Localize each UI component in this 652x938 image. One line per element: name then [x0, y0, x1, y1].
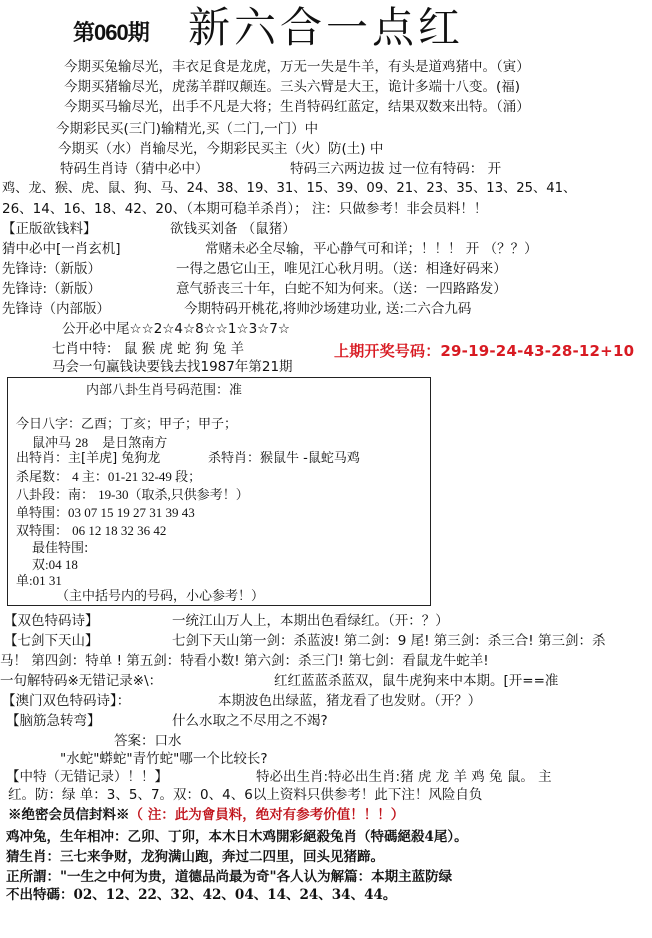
snake-question: "水蛇"蟒蛇"青竹蛇"哪一个比较长? — [60, 750, 268, 768]
xianfeng-3-label: 先锋诗（内部版） — [2, 300, 110, 318]
shuang-label: 双特围： — [16, 524, 68, 539]
dan-label: 单特围： — [16, 506, 68, 521]
number-list-line-2: 26、14、16、18、42、20、（本期可稳羊杀肖）； 注：只做参考！非会员料… — [2, 200, 487, 218]
buchu-line: 不出特碼：02、12、22、32、42、04、14、24、34、44。 — [6, 886, 396, 904]
member-label: ※绝密会员信封料※ — [8, 807, 130, 823]
shuangse-label: 【双色特码诗】 — [4, 612, 99, 630]
xianfeng-1-text: 一得之愚它山王，唯见江心秋月明。（送：相逢好码来） — [176, 260, 507, 278]
shuangse-text: 一统江山万人上，本期出色看绿红。（开：？） — [172, 612, 449, 630]
weishu-line: 杀尾数： 4 主：01-21 32-49 段； — [16, 468, 201, 487]
intro-line-2: 今期买猪输尽光，虎荡羊群叹颠连。三头六臂是大王，诡计多端十八变。(福) — [64, 78, 520, 96]
bagua-box-title: 内部八卦生肖号码范围：准 — [86, 382, 242, 400]
bazi-line: 今日八字：乙酉；丁亥；甲子；甲子； — [16, 416, 237, 434]
naojin-answer: 答案：口水 — [114, 732, 182, 750]
number-list-line-1: 鸡、龙、猴、虎、鼠、狗、马、24、38、19、31、15、39、09、21、23… — [2, 180, 576, 198]
last-draw-numbers: 29-19-24-43-28-12+10 — [440, 342, 634, 360]
last-draw-result: 上期开奖号码：29-19-24-43-28-12+10 — [334, 340, 634, 361]
naojin-question: 什么水取之不尽用之不竭? — [172, 712, 328, 730]
best-dan: 单:01 31 — [16, 572, 62, 590]
zhongte-label: 【中特（无错记录）！！】 — [6, 768, 168, 786]
poem-header-left: 特码生肖诗（猜中必中） — [60, 160, 209, 178]
poem-header-right: 特码三六两边拔 过一位有特码： 开 — [290, 160, 501, 178]
yiju-label: 一句解特码※无错记录※\： — [0, 672, 162, 690]
xianfeng-2-label: 先锋诗:（新版） — [2, 280, 101, 298]
bagua-segment-value: 19-30（取杀,只供参考！） — [98, 487, 249, 502]
mahui-line: 马会一句赢钱诀要钱去找1987年第21期 — [52, 358, 293, 376]
zhongte-line-1: 特必出生肖:特必出生肖:猪 虎 龙 羊 鸡 兔 鼠。 主 — [256, 768, 552, 786]
dan-line: 单特围：03 07 15 19 27 31 39 43 — [16, 504, 195, 523]
intro-line-3: 今期买马输尽光，出手不凡是大将；生肖特码红蓝定，结果双数来出特。（涌） — [64, 98, 530, 116]
chong-direction: 是日煞南方 — [102, 436, 167, 451]
shate-line: 杀特肖：猴鼠牛 -鼠蛇马鸡 — [208, 450, 360, 468]
qijian-label: 【七剑下天山】 — [4, 632, 99, 650]
chute-label: 出特肖： — [16, 451, 68, 466]
chong-number: 28 — [75, 435, 88, 450]
bagua-segment-line: 八卦段：南： 19-30（取杀,只供参考！） — [16, 486, 249, 505]
member-note: （ 注：此为會員料，绝对有参考价值！！！） — [130, 807, 405, 823]
intro-line-1: 今期买兔输尽光，丰衣足食是龙虎，万无一失是牛羊，有头是道鸡猪中。（寅） — [64, 58, 530, 76]
bagua-box: 内部八卦生肖号码范围：准 今日八字：乙酉；丁亥；甲子；甲子； 鼠冲马 28 是日… — [7, 377, 431, 606]
tail-line: 公开必中尾☆☆2☆4☆8☆☆1☆3☆7☆ — [62, 320, 290, 338]
zhengban-text: 欲钱买刘备 （鼠猪） — [170, 220, 296, 238]
dan-value: 03 07 15 19 27 31 39 43 — [68, 505, 195, 520]
yiju-text: 红红蓝蓝杀蓝双，鼠牛虎狗来中本期。[开==准 — [274, 672, 558, 690]
issue-number: 第060期 — [73, 16, 149, 47]
last-draw-label: 上期开奖号码： — [334, 342, 440, 360]
weishu-value: 4 主：01-21 32-49 段； — [72, 469, 201, 484]
caizhong-text: 常赌未必全尽输，平心静气可和详；！！！ 开 （？？） — [205, 240, 538, 258]
qijian-line-2: 马！ 第四剑：特单 ! 第五剑：特看小数! 第六剑：杀三门! 第七剑：看鼠龙牛蛇… — [0, 652, 489, 670]
jichong-line: 鸡冲兔，生年相冲：乙卯、丁卯，本木日木鸡開彩絕殺兔肖（特碼絕殺4尾）。 — [6, 828, 468, 846]
zhengsuowei-line: 正所謂："一生之中何为贵，道德品尚最为奇"各人认为解篇：本期主蓝防绿 — [6, 868, 452, 886]
bagua-segment-label: 八卦段：南： — [16, 488, 94, 503]
xianfeng-3-text: 今期特码开桃花,将帅沙场建功业, 送:二六合九码 — [184, 300, 471, 318]
xianfeng-2-text: 意气骄丧三十年，白蛇不知为何来。（送：一四路路发） — [176, 280, 507, 298]
caizhong-label: 猜中必中[一肖玄机] — [2, 240, 121, 258]
intro-line-4: 今期彩民买(三门)输精光,买（二门,一门）中 — [56, 120, 318, 138]
chute-line: 出特肖：主[羊虎] 兔狗龙 — [16, 450, 160, 468]
seven-zodiac-line: 七肖中特： 鼠 猴 虎 蛇 狗 兔 羊 — [52, 340, 244, 358]
aomen-text: 本期波色出绿蓝，猪龙看了也发财。（开？） — [218, 692, 481, 710]
page-title: 新六合一点红 — [188, 4, 464, 52]
shate-label: 杀特肖： — [208, 451, 260, 466]
member-section: ※绝密会员信封料※（ 注：此为會員料，绝对有参考价值！！！） — [8, 806, 404, 824]
caisheng-line: 猜生肖：三七来争财，龙狗满山跑，奔过二四里，回头见猪蹄。 — [6, 848, 384, 866]
chute-value: 主[羊虎] 兔狗龙 — [68, 451, 160, 466]
xianfeng-1-label: 先锋诗:（新版） — [2, 260, 101, 278]
intro-line-5: 今期买（水）肖输尽光，今期彩民买主（火）防(土) 中 — [58, 140, 383, 158]
qijian-line-1: 七剑下天山第一剑：杀蓝波! 第二剑：9 尾! 第三剑：杀三合! 第三剑：杀 — [172, 632, 606, 650]
aomen-label: 【澳门双色特码诗】： — [2, 692, 130, 710]
weishu-label: 杀尾数： — [16, 470, 68, 485]
zhongte-line-2: 红。防：绿 单：3、5、7。双：0、4、6以上资料只供参考！此下注！风险自负 — [8, 786, 482, 804]
box-note: （主中括号内的号码，小心参考！） — [56, 588, 264, 606]
shuang-value: 06 12 18 32 36 42 — [72, 523, 166, 538]
shate-value: 猴鼠牛 -鼠蛇马鸡 — [260, 451, 360, 466]
naojin-label: 【脑筋急转弯】 — [6, 712, 101, 730]
shuang-line: 双特围： 06 12 18 32 36 42 — [16, 522, 166, 541]
chong-label: 鼠冲马 — [32, 436, 71, 451]
zhengban-label: 【正版欲钱料】 — [2, 220, 97, 238]
